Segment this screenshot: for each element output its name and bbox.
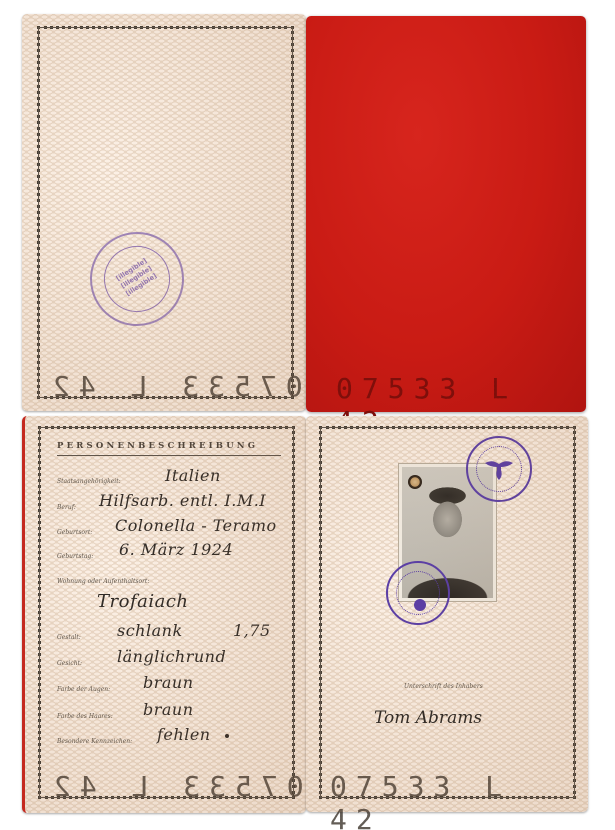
field-label-distinguishing-marks: Besondere Kennzeichen: bbox=[57, 738, 132, 745]
red-cover: 07533 L 42 bbox=[306, 16, 586, 412]
field-value-eye-color: braun bbox=[143, 673, 194, 692]
perforated-number-mirrored: 07533 L 42 bbox=[45, 770, 304, 803]
field-value-birthplace: Colonella - Teramo bbox=[115, 516, 277, 535]
field-label-occupation: Beruf: bbox=[57, 504, 76, 511]
field-label-eye-color: Farbe der Augen: bbox=[57, 686, 110, 693]
title-rule bbox=[57, 455, 281, 456]
field-label-face: Gesicht: bbox=[57, 660, 82, 667]
page-border bbox=[37, 26, 294, 399]
bottom-right-page: Unterschrift des Inhabers Tom Abrams 075… bbox=[306, 416, 588, 812]
field-label-birthdate: Geburtstag: bbox=[57, 553, 93, 560]
perforated-number: 07533 L 42 bbox=[330, 770, 588, 830]
section-title: PERSONENBESCHREIBUNG bbox=[57, 441, 258, 451]
field-value-hair-color: braun bbox=[143, 700, 194, 719]
stamp-center-dot bbox=[414, 599, 426, 611]
field-label-hair-color: Farbe des Haares: bbox=[57, 713, 113, 720]
field-value-nationality: Italien bbox=[165, 466, 221, 485]
grommet-eyelet bbox=[408, 475, 422, 489]
field-label-residence: Wohnung oder Aufenthaltsort: bbox=[57, 578, 149, 585]
field-value-height: 1,75 bbox=[233, 621, 271, 640]
eagle-icon bbox=[484, 456, 514, 482]
field-value-build: schlank bbox=[117, 621, 183, 640]
perforated-number-mirrored: 07533 L 42 bbox=[44, 370, 303, 403]
signature-label: Unterschrift des Inhabers bbox=[404, 683, 483, 690]
field-value-residence: Trofaiach bbox=[97, 591, 189, 612]
field-value-face: länglichrund bbox=[117, 647, 226, 666]
eagle-stamp bbox=[386, 561, 450, 625]
field-label-nationality: Staatsangehörigkeit: bbox=[57, 478, 121, 485]
field-value-occupation: Hilfsarb. entl. I.M.I bbox=[99, 491, 266, 510]
field-value-birthdate: 6. März 1924 bbox=[119, 540, 233, 559]
eagle-stamp bbox=[466, 436, 532, 502]
ink-dot bbox=[225, 734, 229, 738]
field-label-build: Gestalt: bbox=[57, 634, 81, 641]
field-value-distinguishing-marks: fehlen bbox=[157, 725, 211, 744]
bottom-left-page: PERSONENBESCHREIBUNG Staatsangehörigkeit… bbox=[22, 416, 306, 813]
top-left-page: [illegible] [illegible] [illegible] 0753… bbox=[22, 14, 306, 411]
field-label-birthplace: Geburtsort: bbox=[57, 529, 92, 536]
holder-signature: Tom Abrams bbox=[374, 708, 482, 728]
